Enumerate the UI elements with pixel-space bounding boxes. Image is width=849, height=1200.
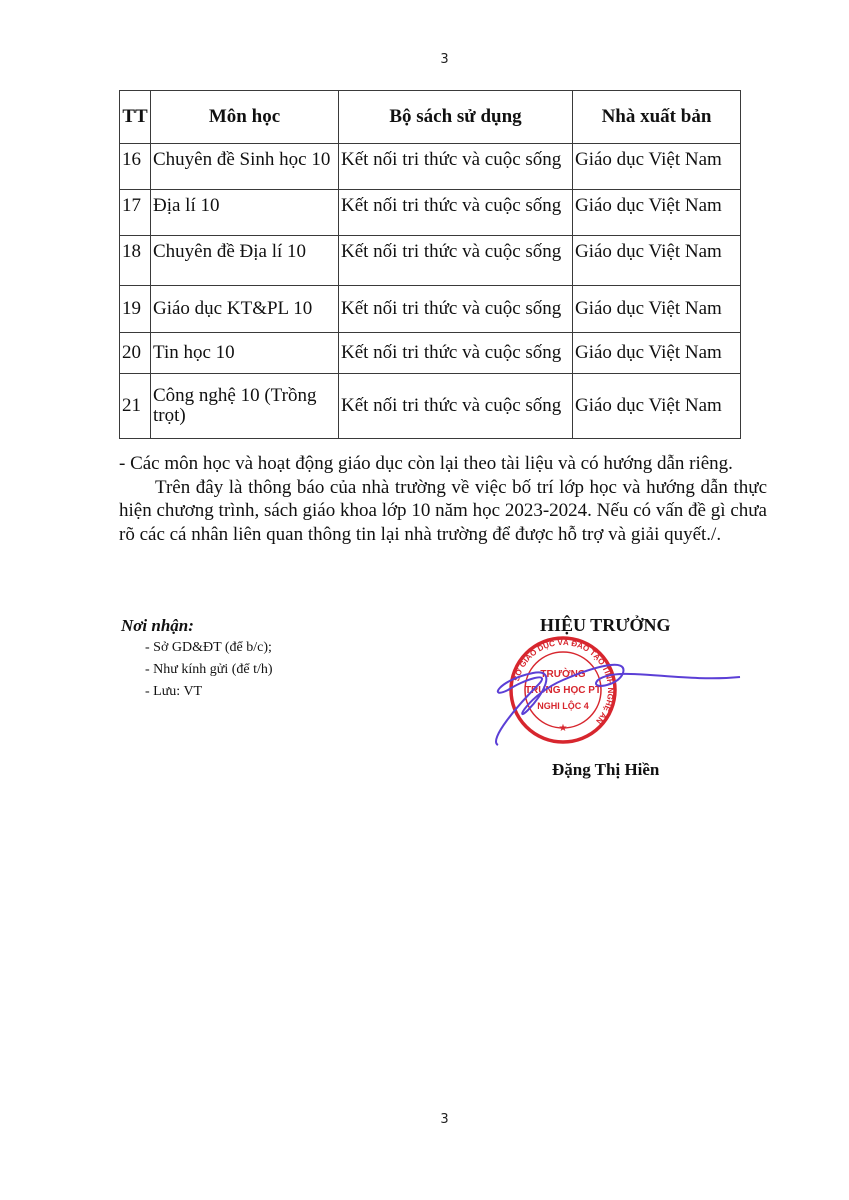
recipients-label: Nơi nhận: bbox=[121, 615, 273, 637]
cell-book-set: Kết nối tri thức và cuộc sống bbox=[339, 236, 573, 286]
svg-text:★: ★ bbox=[559, 723, 568, 734]
page-number-bottom: 3 bbox=[0, 1112, 849, 1127]
closing-paragraph: Trên đây là thông báo của nhà trường về … bbox=[119, 476, 767, 547]
cell-publisher: Giáo dục Việt Nam bbox=[573, 286, 741, 333]
table-row: 19 Giáo dục KT&PL 10 Kết nối tri thức và… bbox=[120, 286, 741, 333]
cell-book-set: Kết nối tri thức và cuộc sống bbox=[339, 286, 573, 333]
header-publisher: Nhà xuất bản bbox=[573, 91, 741, 144]
cell-subject: Chuyên đề Địa lí 10 bbox=[151, 236, 339, 286]
page-number-top: 3 bbox=[0, 52, 849, 67]
cell-publisher: Giáo dục Việt Nam bbox=[573, 144, 741, 190]
table-row: 16 Chuyên đề Sinh học 10 Kết nối tri thứ… bbox=[120, 144, 741, 190]
header-subject: Môn học bbox=[151, 91, 339, 144]
recipients-block: Nơi nhận: - Sở GD&ĐT (để b/c); - Như kín… bbox=[121, 615, 273, 703]
cell-tt: 17 bbox=[120, 190, 151, 236]
table-row: 18 Chuyên đề Địa lí 10 Kết nối tri thức … bbox=[120, 236, 741, 286]
cell-subject: Giáo dục KT&PL 10 bbox=[151, 286, 339, 333]
note-line: - Các môn học và hoạt động giáo dục còn … bbox=[119, 452, 767, 476]
cell-book-set: Kết nối tri thức và cuộc sống bbox=[339, 333, 573, 374]
cell-publisher: Giáo dục Việt Nam bbox=[573, 374, 741, 439]
cell-tt: 18 bbox=[120, 236, 151, 286]
recipient-item: - Lưu: VT bbox=[121, 681, 273, 703]
cell-book-set: Kết nối tri thức và cuộc sống bbox=[339, 144, 573, 190]
school-stamp-and-signature: SỞ GIÁO DỤC VÀ ĐÀO TẠO TỈNH NGHỆ AN TRƯỜ… bbox=[478, 635, 748, 755]
signatory-name: Đặng Thị Hiền bbox=[552, 760, 659, 780]
table-row: 21 Công nghệ 10 (Trồng trọt) Kết nối tri… bbox=[120, 374, 741, 439]
cell-subject: Tin học 10 bbox=[151, 333, 339, 374]
signatory-title: HIỆU TRƯỞNG bbox=[540, 615, 671, 636]
recipient-item: - Sở GD&ĐT (để b/c); bbox=[121, 637, 273, 659]
header-book-set: Bộ sách sử dụng bbox=[339, 91, 573, 144]
recipient-item: - Như kính gửi (để t/h) bbox=[121, 659, 273, 681]
cell-book-set: Kết nối tri thức và cuộc sống bbox=[339, 374, 573, 439]
cell-subject: Địa lí 10 bbox=[151, 190, 339, 236]
table-row: 20 Tin học 10 Kết nối tri thức và cuộc s… bbox=[120, 333, 741, 374]
table-header-row: TT Môn học Bộ sách sử dụng Nhà xuất bản bbox=[120, 91, 741, 144]
cell-subject: Chuyên đề Sinh học 10 bbox=[151, 144, 339, 190]
cell-tt: 20 bbox=[120, 333, 151, 374]
stamp-line-3: NGHI LỘC 4 bbox=[537, 700, 589, 711]
body-text: - Các môn học và hoạt động giáo dục còn … bbox=[119, 452, 767, 546]
cell-tt: 21 bbox=[120, 374, 151, 439]
cell-tt: 19 bbox=[120, 286, 151, 333]
cell-publisher: Giáo dục Việt Nam bbox=[573, 236, 741, 286]
header-tt: TT bbox=[120, 91, 151, 144]
table-row: 17 Địa lí 10 Kết nối tri thức và cuộc số… bbox=[120, 190, 741, 236]
cell-publisher: Giáo dục Việt Nam bbox=[573, 333, 741, 374]
cell-book-set: Kết nối tri thức và cuộc sống bbox=[339, 190, 573, 236]
official-stamp-icon: SỞ GIÁO DỤC VÀ ĐÀO TẠO TỈNH NGHỆ AN TRƯỜ… bbox=[511, 638, 615, 742]
cell-subject: Công nghệ 10 (Trồng trọt) bbox=[151, 374, 339, 439]
cell-publisher: Giáo dục Việt Nam bbox=[573, 190, 741, 236]
textbook-table: TT Môn học Bộ sách sử dụng Nhà xuất bản … bbox=[119, 90, 741, 439]
cell-tt: 16 bbox=[120, 144, 151, 190]
